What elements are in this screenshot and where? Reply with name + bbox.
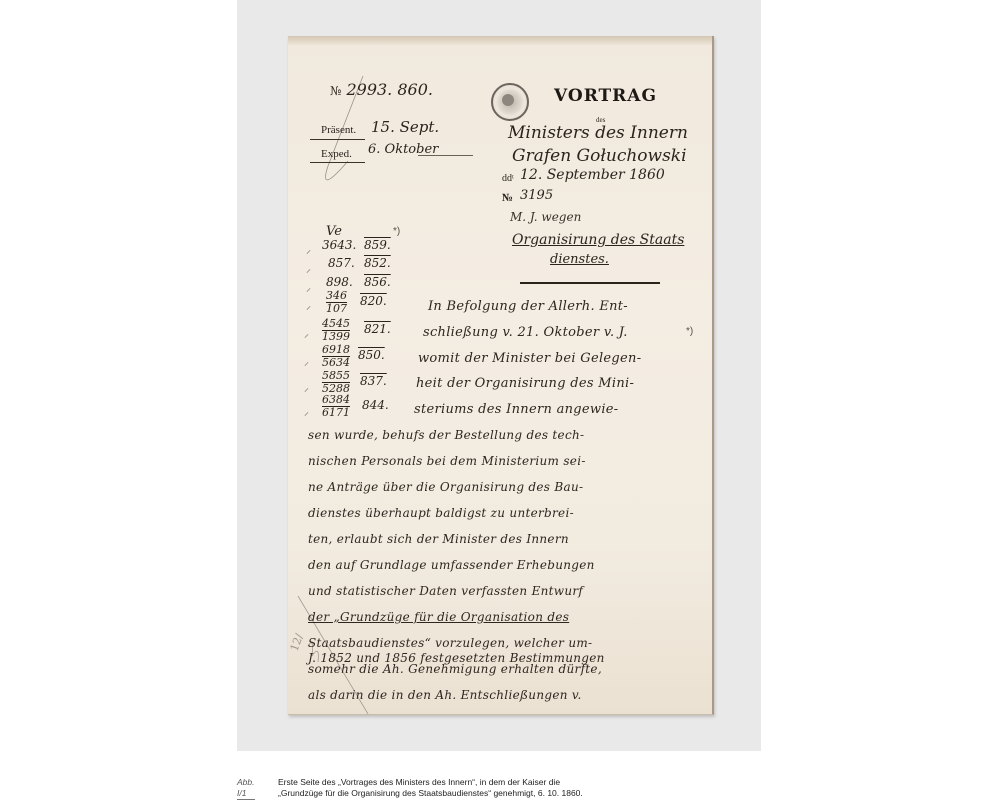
margin-fraction: 4545 1399 [322,318,350,343]
ref-prefix: № [502,192,513,204]
document-title: VORTRAG [554,86,657,106]
date-prefix: ddᵗ [502,173,514,184]
body-line: den auf Grundlage umfassender Erhebungen [308,558,595,572]
body-line: sen wurde, behufs der Bestellung des tec… [308,428,584,442]
margin-number-right: 856. [364,275,391,289]
margin-number-right: 844. [362,398,389,412]
minister-line-1: Ministers des Innern [508,123,688,143]
star-mark-icon: *) [686,326,693,337]
margin-fraction: 6384 6171 [322,394,350,419]
body-line: Staatsbaudienstes“ vorzulegen, welcher u… [308,636,592,650]
caption-line-2: „Grundzüge für die Organisirung des Staa… [278,788,778,799]
margin-number-right: 820. [360,294,387,308]
document-page: № 2993. 860. Präsent. 15. Sept. Exped. 6… [288,36,714,715]
body-line: schließung v. 21. Oktober v. J. [423,325,628,340]
margin-number-left: 857. [328,256,355,270]
margin-number-right: 821. [364,322,391,336]
praesent-label: Präsent. [321,124,356,136]
margin-number-left: 3643. [322,238,356,252]
figure-label: Abb. I/1 [237,777,255,800]
margin-fraction: 346 107 [326,290,347,315]
margin-fraction: 6918 5634 [322,344,350,369]
official-seal-icon [491,83,529,121]
pencil-note: 12/ [288,632,306,653]
body-line: steriums des Innern angewie- [414,402,619,417]
star-mark-icon: *) [393,226,400,237]
exped-label: Exped. [321,148,352,160]
body-line: dienstes überhaupt baldigst zu unterbrei… [308,506,574,520]
praesent-value: 15. Sept. [371,118,439,136]
body-line: ten, erlaubt sich der Minister des Inner… [308,532,569,546]
body-line-last: J. 1852 und 1856 festgesetzten Bestimmun… [308,651,605,665]
body-line: nischen Personals bei dem Ministerium se… [308,454,586,468]
margin-number-left: 898. [326,275,353,289]
body-line: heit der Organisirung des Mini- [416,376,634,391]
subject-line-1: M. J. wegen [510,210,581,224]
margin-head: Ve [326,224,342,239]
subject-line-2: Organisirung des Staats [512,232,684,248]
margin-number-right: 859. [364,238,391,252]
margin-fraction: 5855 5288 [322,370,350,395]
ref-value: 3195 [520,188,553,203]
body-line: der „Grundzüge für die Organisation des [308,610,569,624]
minister-line-2: Grafen Gołuchowski [512,146,687,166]
margin-number-right: 850. [358,348,385,362]
document-number: 2993. 860. [346,80,433,99]
margin-number-right: 837. [360,374,387,388]
body-line: und statistischer Daten verfassten Entwu… [308,584,583,598]
margin-number-right: 852. [364,256,391,270]
subject-line-3: dienstes. [550,252,609,267]
body-line: womit der Minister bei Gelegen- [418,351,641,366]
date-value: 12. September 1860 [520,167,665,183]
body-line: In Befolgung der Allerh. Ent- [428,299,628,314]
caption-line-1: Erste Seite des „Vortrages des Ministers… [278,777,778,788]
body-line: ne Anträge über die Organisirung des Bau… [308,480,583,494]
body-line: als darin die in den Ah. Entschließungen… [308,688,582,702]
document-number-prefix: № [330,84,341,98]
